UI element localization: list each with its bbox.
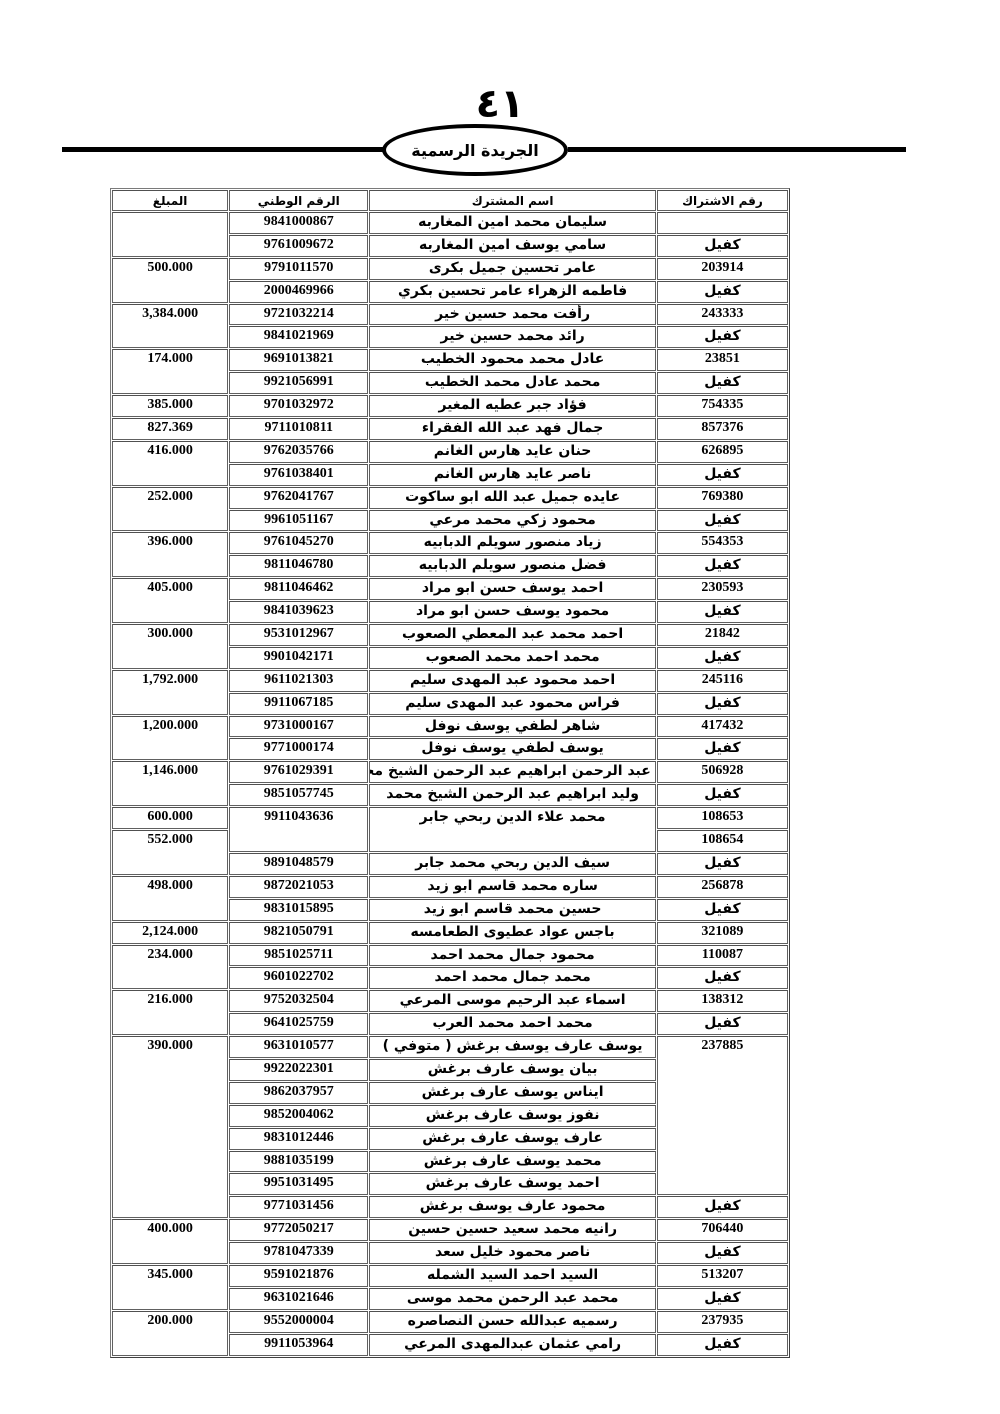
national-id: 9911043636 bbox=[229, 807, 368, 852]
subscription-number: 769380 bbox=[657, 487, 788, 509]
subscription-number: 23851 bbox=[657, 349, 788, 371]
subscriber-name: حسين محمد قاسم ابو زيد bbox=[369, 899, 655, 921]
amount: 234.000 bbox=[112, 945, 228, 990]
guarantor-label: كفيل bbox=[657, 326, 788, 348]
subscriber-name: محمد احمد محمد العرب bbox=[369, 1013, 655, 1035]
subscriber-name: وليد ابراهيم عبد الرحمن الشيخ محمد bbox=[369, 784, 655, 806]
subscriber-name: ناصر عايد هارس الغانم bbox=[369, 464, 655, 486]
national-id: 9772050217 bbox=[229, 1219, 368, 1241]
national-id: 9891048579 bbox=[229, 853, 368, 875]
national-id: 9851057745 bbox=[229, 784, 368, 806]
national-id: 9852004062 bbox=[229, 1105, 368, 1127]
subscriber-name: احمد محمود عبد المهدى سليم bbox=[369, 670, 655, 692]
national-id: 9851025711 bbox=[229, 945, 368, 967]
national-id: 9711010811 bbox=[229, 418, 368, 440]
table-row: 203914 عامر تحسين جميل بكرى 9791011570 5… bbox=[112, 258, 788, 280]
amount bbox=[112, 212, 228, 257]
subscription-number: 110087 bbox=[657, 945, 788, 967]
national-id: 9591021876 bbox=[229, 1265, 368, 1287]
national-id: 9961051167 bbox=[229, 510, 368, 532]
table-row: 245116 احمد محمود عبد المهدى سليم 961102… bbox=[112, 670, 788, 692]
national-id: 9552000004 bbox=[229, 1311, 368, 1333]
subscriber-name: عادل محمد محمود الخطيب bbox=[369, 349, 655, 371]
amount: 416.000 bbox=[112, 441, 228, 486]
subscriber-name: احمد محمد عبد المعطي الصعوب bbox=[369, 624, 655, 646]
subscriber-name: زياد منصور سويلم الدبابيه bbox=[369, 532, 655, 554]
subscription-number: 417432 bbox=[657, 716, 788, 738]
national-id: 9872021053 bbox=[229, 876, 368, 898]
subscriber-name: رانيه محمد سعيد حسين حسين bbox=[369, 1219, 655, 1241]
national-id: 9911053964 bbox=[229, 1334, 368, 1356]
header-rule-right bbox=[568, 147, 906, 152]
subscriber-name: محمود جمال محمد احمد bbox=[369, 945, 655, 967]
table-row: 237885 يوسف عارف يوسف برغش ( متوفي ) 963… bbox=[112, 1036, 788, 1058]
subscriber-name: سليمان محمد امين المغاربه bbox=[369, 212, 655, 234]
national-id: 9631010577 bbox=[229, 1036, 368, 1058]
amount: 216.000 bbox=[112, 990, 228, 1035]
national-id: 9731000167 bbox=[229, 716, 368, 738]
national-id: 9761038401 bbox=[229, 464, 368, 486]
amount: 500.000 bbox=[112, 258, 228, 303]
subscriber-name: اسماء عبد الرحيم موسى المرعي bbox=[369, 990, 655, 1012]
subscriber-name: عارف يوسف عارف برغش bbox=[369, 1128, 655, 1150]
table-row: 237935 رسميه عبدالله حسن النصاصره 955200… bbox=[112, 1311, 788, 1333]
national-id: 9841039623 bbox=[229, 601, 368, 623]
table-row: 506928 عبد الرحمن ابراهيم عبد الرحمن الش… bbox=[112, 761, 788, 783]
national-id: 9752032504 bbox=[229, 990, 368, 1012]
amount: 300.000 bbox=[112, 624, 228, 669]
subscriber-name: محمود يوسف حسن ابو مراد bbox=[369, 601, 655, 623]
table-row: 626895 حنان عايد هارس الغانم 9762035766 … bbox=[112, 441, 788, 463]
column-header-subscriber-name: اسم المشترك bbox=[369, 190, 655, 211]
amount: 174.000 bbox=[112, 349, 228, 394]
subscriber-name: فراس محمود عبد المهدى سليم bbox=[369, 693, 655, 715]
amount: 498.000 bbox=[112, 876, 228, 921]
subscriber-name: يوسف لطفي يوسف نوفل bbox=[369, 738, 655, 760]
amount: 385.000 bbox=[112, 395, 228, 417]
table-row: 857376 جمال فهد عبد الله الفقراء 9711010… bbox=[112, 418, 788, 440]
column-header-amount: المبلغ bbox=[112, 190, 228, 211]
national-id: 9921056991 bbox=[229, 372, 368, 394]
national-id: 9531012967 bbox=[229, 624, 368, 646]
national-id: 9781047339 bbox=[229, 1242, 368, 1264]
subscriber-name: ناصر محمود خليل سعد bbox=[369, 1242, 655, 1264]
guarantor-label: كفيل bbox=[657, 1013, 788, 1035]
guarantor-label: كفيل bbox=[657, 601, 788, 623]
publication-title-ellipse: الجريدة الرسمية bbox=[382, 124, 568, 176]
subscriber-name: محمد عادل محمد الخطيب bbox=[369, 372, 655, 394]
table-row: 108653 محمد علاء الدين ربحي جابر 9911043… bbox=[112, 807, 788, 829]
table-row: 417432 شاهر لطفي يوسف نوفل 9731000167 1,… bbox=[112, 716, 788, 738]
subscription-number: 706440 bbox=[657, 1219, 788, 1241]
national-id: 9641025759 bbox=[229, 1013, 368, 1035]
subscription-number: 230593 bbox=[657, 578, 788, 600]
guarantor-label: كفيل bbox=[657, 235, 788, 257]
guarantor-label: كفيل bbox=[657, 899, 788, 921]
amount: 200.000 bbox=[112, 1311, 228, 1356]
subscription-number bbox=[657, 212, 788, 234]
guarantor-label: كفيل bbox=[657, 464, 788, 486]
subscriber-name: عبد الرحمن ابراهيم عبد الرحمن الشيخ محمد bbox=[369, 761, 655, 783]
subscriber-name: فاطمه الزهراء عامر تحسين بكري bbox=[369, 281, 655, 303]
national-id: 9811046780 bbox=[229, 555, 368, 577]
subscriber-name: رامي عثمان عبدالمهدى المرعي bbox=[369, 1334, 655, 1356]
subscription-number: 626895 bbox=[657, 441, 788, 463]
amount: 1,792.000 bbox=[112, 670, 228, 715]
national-id: 9701032972 bbox=[229, 395, 368, 417]
subscriber-name: احمد يوسف حسن ابو مراد bbox=[369, 578, 655, 600]
subscription-number: 237885 bbox=[657, 1036, 788, 1195]
table-row: 754335 فؤاد جبر عطيه المغير 9701032972 3… bbox=[112, 395, 788, 417]
subscriber-name: رسميه عبدالله حسن النصاصره bbox=[369, 1311, 655, 1333]
table-row: 21842 احمد محمد عبد المعطي الصعوب 953101… bbox=[112, 624, 788, 646]
national-id: 9831012446 bbox=[229, 1128, 368, 1150]
national-id: 9761029391 bbox=[229, 761, 368, 783]
amount: 405.000 bbox=[112, 578, 228, 623]
table-row: 321089 باجس عواد عطيوى الطعامسه 98210507… bbox=[112, 922, 788, 944]
subscription-number: 138312 bbox=[657, 990, 788, 1012]
national-id: 9611021303 bbox=[229, 670, 368, 692]
subscriber-name: باجس عواد عطيوى الطعامسه bbox=[369, 922, 655, 944]
subscriber-name: يوسف عارف يوسف برغش ( متوفي ) bbox=[369, 1036, 655, 1058]
subscription-number: 321089 bbox=[657, 922, 788, 944]
column-header-national-id: الرقم الوطني bbox=[229, 190, 368, 211]
subscriber-name: رأفت محمد حسين خير bbox=[369, 304, 655, 326]
subscriber-name: محمود عارف يوسف برغش bbox=[369, 1196, 655, 1218]
national-id: 9771000174 bbox=[229, 738, 368, 760]
subscriber-name: شاهر لطفي يوسف نوفل bbox=[369, 716, 655, 738]
subscription-number: 108653 bbox=[657, 807, 788, 829]
table-row: 230593 احمد يوسف حسن ابو مراد 9811046462… bbox=[112, 578, 788, 600]
guarantor-label: كفيل bbox=[657, 693, 788, 715]
subscriber-name: محمد جمال محمد احمد bbox=[369, 967, 655, 989]
subscription-number: 21842 bbox=[657, 624, 788, 646]
guarantor-label: كفيل bbox=[657, 853, 788, 875]
national-id: 9761045270 bbox=[229, 532, 368, 554]
national-id: 9841000867 bbox=[229, 212, 368, 234]
table-row: 23851 عادل محمد محمود الخطيب 9691013821 … bbox=[112, 349, 788, 371]
amount: 827.369 bbox=[112, 418, 228, 440]
header-rule-left bbox=[62, 147, 387, 152]
subscription-number: 506928 bbox=[657, 761, 788, 783]
subscriber-name: رائد محمد حسين خير bbox=[369, 326, 655, 348]
guarantor-label: كفيل bbox=[657, 967, 788, 989]
amount: 600.000 bbox=[112, 807, 228, 829]
national-id: 9831015895 bbox=[229, 899, 368, 921]
subscription-number: 554353 bbox=[657, 532, 788, 554]
subscriber-name: احمد يوسف عارف برغش bbox=[369, 1173, 655, 1195]
guarantor-label: كفيل bbox=[657, 555, 788, 577]
table-row: 110087 محمود جمال محمد احمد 9851025711 2… bbox=[112, 945, 788, 967]
national-id: 9951031495 bbox=[229, 1173, 368, 1195]
subscriber-name: جمال فهد عبد الله الفقراء bbox=[369, 418, 655, 440]
subscriber-name: عامر تحسين جميل بكرى bbox=[369, 258, 655, 280]
subscription-number: 245116 bbox=[657, 670, 788, 692]
amount: 400.000 bbox=[112, 1219, 228, 1264]
national-id: 9601022702 bbox=[229, 967, 368, 989]
subscriber-name: ساره محمد قاسم ابو زيد bbox=[369, 876, 655, 898]
subscriber-name: محمود زكي محمد مرعي bbox=[369, 510, 655, 532]
subscription-number: 237935 bbox=[657, 1311, 788, 1333]
amount: 552.000 bbox=[112, 830, 228, 875]
national-id: 9911067185 bbox=[229, 693, 368, 715]
national-id: 9901042171 bbox=[229, 647, 368, 669]
publication-title: الجريدة الرسمية bbox=[411, 141, 538, 160]
national-id: 9922022301 bbox=[229, 1059, 368, 1081]
table-row: 513207 السيد احمد السيد الشمله 959102187… bbox=[112, 1265, 788, 1287]
subscription-number: 754335 bbox=[657, 395, 788, 417]
table-row: 769380 عايده جميل عبد الله ابو ساكوت 976… bbox=[112, 487, 788, 509]
subscription-number: 857376 bbox=[657, 418, 788, 440]
subscriber-name: محمد احمد محمد الصعوب bbox=[369, 647, 655, 669]
subscription-number: 243333 bbox=[657, 304, 788, 326]
guarantor-label: كفيل bbox=[657, 784, 788, 806]
subscriber-name: سيف الدين ربحي محمد جابر bbox=[369, 853, 655, 875]
amount: 1,146.000 bbox=[112, 761, 228, 806]
guarantor-label: كفيل bbox=[657, 1334, 788, 1356]
subscription-number: 108654 bbox=[657, 830, 788, 852]
national-id: 9862037957 bbox=[229, 1082, 368, 1104]
amount: 345.000 bbox=[112, 1265, 228, 1310]
guarantor-label: كفيل bbox=[657, 1242, 788, 1264]
subscriber-name: نفوز يوسف عارف برغش bbox=[369, 1105, 655, 1127]
table-row: 554353 زياد منصور سويلم الدبابيه 9761045… bbox=[112, 532, 788, 554]
subscriber-name: فضل منصور سويلم الدبابيه bbox=[369, 555, 655, 577]
national-id: 9762041767 bbox=[229, 487, 368, 509]
table-row: 243333 رأفت محمد حسين خير 9721032214 3,3… bbox=[112, 304, 788, 326]
subscription-number: 256878 bbox=[657, 876, 788, 898]
national-id: 9791011570 bbox=[229, 258, 368, 280]
guarantor-label: كفيل bbox=[657, 372, 788, 394]
amount: 1,200.000 bbox=[112, 716, 228, 761]
national-id: 9631021646 bbox=[229, 1288, 368, 1310]
subscription-number: 203914 bbox=[657, 258, 788, 280]
subscriber-name: محمد علاء الدين ربحي جابر bbox=[369, 807, 655, 852]
guarantor-label: كفيل bbox=[657, 1288, 788, 1310]
table-header-row: رقم الاشتراك اسم المشترك الرقم الوطني ال… bbox=[112, 190, 788, 211]
subscriber-name: فؤاد جبر عطيه المغير bbox=[369, 395, 655, 417]
national-id: 9771031456 bbox=[229, 1196, 368, 1218]
national-id: 2000469966 bbox=[229, 281, 368, 303]
amount: 396.000 bbox=[112, 532, 228, 577]
subscriber-name: بيان يوسف عارف برغش bbox=[369, 1059, 655, 1081]
national-id: 9721032214 bbox=[229, 304, 368, 326]
table-row: 256878 ساره محمد قاسم ابو زيد 9872021053… bbox=[112, 876, 788, 898]
table-row: سليمان محمد امين المغاربه 9841000867 bbox=[112, 212, 788, 234]
national-id: 9762035766 bbox=[229, 441, 368, 463]
national-id: 9881035199 bbox=[229, 1151, 368, 1173]
subscribers-table: رقم الاشتراك اسم المشترك الرقم الوطني ال… bbox=[110, 188, 790, 1358]
national-id: 9691013821 bbox=[229, 349, 368, 371]
subscriber-name: حنان عايد هارس الغانم bbox=[369, 441, 655, 463]
guarantor-label: كفيل bbox=[657, 738, 788, 760]
subscriber-name: سامي يوسف امين المغاربه bbox=[369, 235, 655, 257]
amount: 3,384.000 bbox=[112, 304, 228, 349]
national-id: 9841021969 bbox=[229, 326, 368, 348]
subscriber-name: محمد يوسف عارف برغش bbox=[369, 1151, 655, 1173]
subscriber-name: محمد عبد الرحمن محمد موسى bbox=[369, 1288, 655, 1310]
subscriber-name: ايناس يوسف عارف برغش bbox=[369, 1082, 655, 1104]
subscriber-name: السيد احمد السيد الشمله bbox=[369, 1265, 655, 1287]
amount: 252.000 bbox=[112, 487, 228, 532]
column-header-subscription-number: رقم الاشتراك bbox=[657, 190, 788, 211]
national-id: 9761009672 bbox=[229, 235, 368, 257]
table-row: 138312 اسماء عبد الرحيم موسى المرعي 9752… bbox=[112, 990, 788, 1012]
amount: 2,124.000 bbox=[112, 922, 228, 944]
amount: 390.000 bbox=[112, 1036, 228, 1218]
guarantor-label: كفيل bbox=[657, 1196, 788, 1218]
national-id: 9821050791 bbox=[229, 922, 368, 944]
guarantor-label: كفيل bbox=[657, 281, 788, 303]
page-number: ٤١ bbox=[440, 82, 560, 126]
subscriber-name: عايده جميل عبد الله ابو ساكوت bbox=[369, 487, 655, 509]
subscription-number: 513207 bbox=[657, 1265, 788, 1287]
table-row: 706440 رانيه محمد سعيد حسين حسين 9772050… bbox=[112, 1219, 788, 1241]
national-id: 9811046462 bbox=[229, 578, 368, 600]
guarantor-label: كفيل bbox=[657, 647, 788, 669]
guarantor-label: كفيل bbox=[657, 510, 788, 532]
